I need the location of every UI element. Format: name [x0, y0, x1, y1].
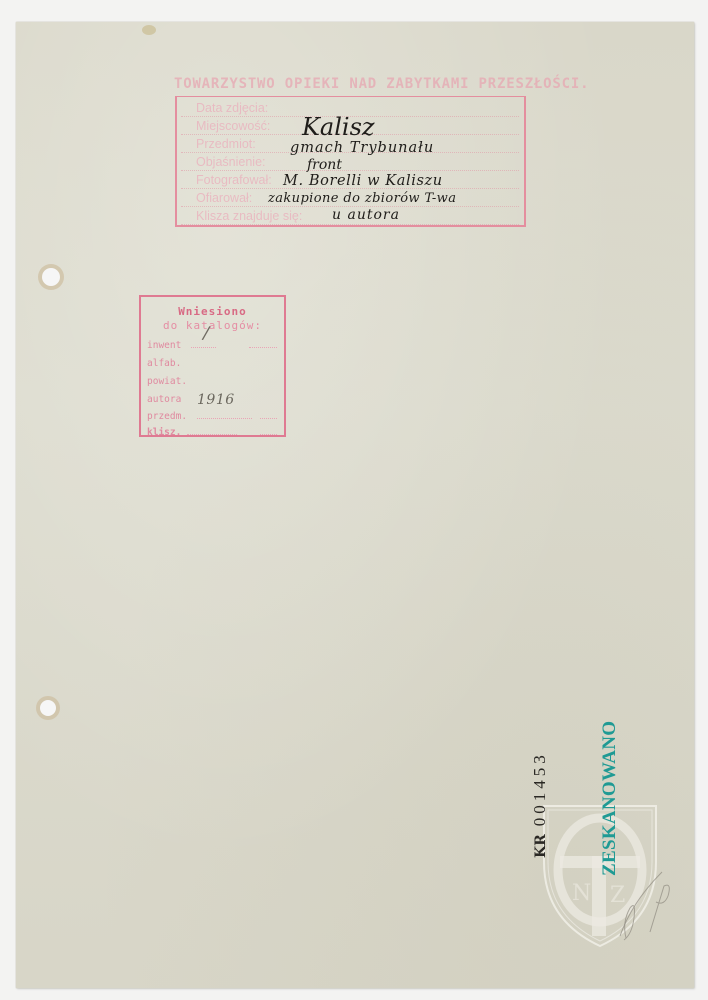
inventory-number: KR001453 [530, 751, 550, 858]
field-label: Fotografował: [196, 173, 272, 187]
field-label: Klisza znajduje się: [196, 209, 302, 223]
dotted-line [249, 347, 277, 348]
dotted-line [191, 347, 216, 348]
field-label: inwent [147, 340, 181, 351]
catalog-field-inventory: inwent [147, 337, 277, 352]
field-label: Przedmiot: [196, 137, 256, 151]
handwritten-description: front [307, 157, 342, 173]
field-label: klisz. [147, 427, 181, 438]
handwritten-donor: zakupione do zbiorów T-wa [268, 191, 456, 206]
catalog-stamp: Wniesiono do katalogów: inwent alfab. po… [139, 295, 286, 437]
field-label: Ofiarował: [196, 191, 252, 205]
field-label: Data zdjęcia: [196, 101, 268, 115]
handwritten-photographer: M. Borelli w Kaliszu [283, 173, 443, 189]
dotted-line [187, 434, 237, 435]
handwritten-negative: u autora [332, 207, 400, 223]
society-stamp-header: TOWARZYSTWO OPIEKI NAD ZABYTKAMI PRZESZŁ… [174, 76, 534, 92]
catalog-stamp-title: Wniesiono [141, 305, 284, 318]
handwritten-subject: gmach Trybunału [290, 140, 434, 156]
handwritten-place: Kalisz [302, 113, 375, 141]
stamp-field-description: Objaśnienie: [181, 154, 519, 171]
field-label: autora [147, 394, 181, 405]
punch-hole-icon [42, 268, 60, 286]
field-label: Miejscowość: [196, 119, 270, 133]
dotted-line [197, 418, 252, 419]
pencil-scribble-icon [612, 862, 682, 942]
pencil-subject-number: 1916 [197, 392, 235, 408]
catalog-field-negative: klisz. [147, 424, 277, 439]
scanned-stamp: ZESKANOWANO [599, 721, 621, 876]
catalog-stamp-subtitle: do katalogów: [141, 319, 284, 332]
dotted-line [260, 434, 277, 435]
catalog-field-district: powiat. [147, 373, 277, 388]
inventory-prefix-mark: KR [533, 834, 549, 858]
inventory-number-value: 001453 [530, 751, 549, 826]
punch-hole-icon [40, 700, 56, 716]
field-label: powiat. [147, 376, 187, 387]
svg-text:N: N [572, 881, 591, 906]
field-label: przedm. [147, 411, 187, 422]
dotted-line [260, 418, 277, 419]
catalog-field-alphabetical: alfab. [147, 355, 277, 370]
catalog-field-subject: przedm. [147, 408, 277, 423]
field-label: alfab. [147, 358, 181, 369]
paper-stain [142, 25, 156, 35]
field-label: Objaśnienie: [196, 155, 266, 169]
